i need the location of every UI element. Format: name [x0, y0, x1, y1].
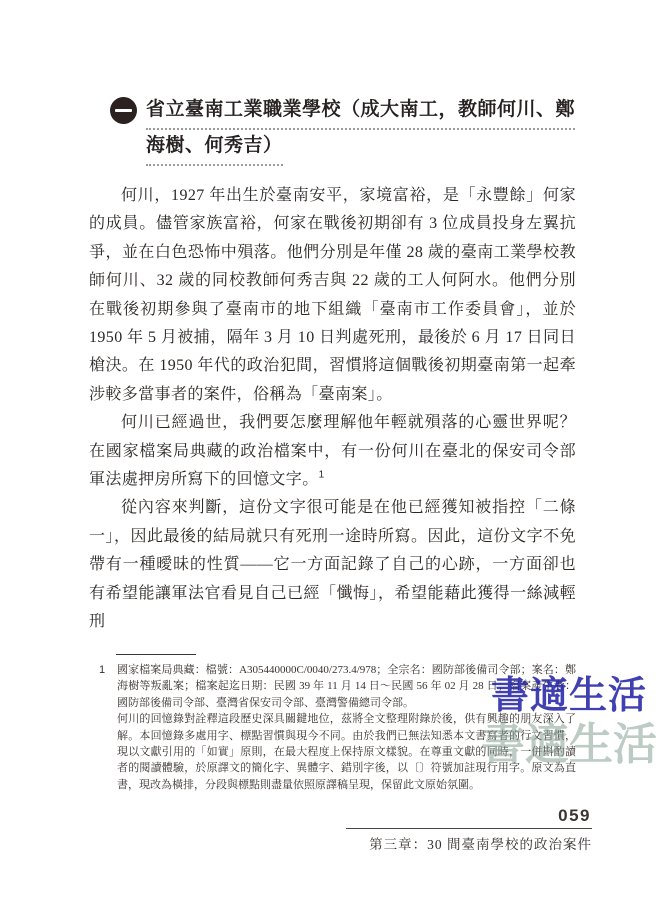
- footer-rule: [346, 828, 592, 829]
- footnote-text: 國家檔案局典藏：檔號：A305440000C/0040/273.4/978；全宗…: [117, 662, 576, 793]
- book-page: 一 省立臺南工業職業學校（成大南工，教師何川、鄭 海樹、何秀吉） 何川，1927…: [0, 0, 663, 897]
- paragraph-text: 從內容來判斷，這份文字很可能是在他已經獲知被指控「二條一」，因此最後的結局就只有…: [89, 499, 576, 630]
- footnote-reference: 1: [319, 470, 325, 481]
- paragraph-text: 何川已經過世，我們要怎麼理解他年輕就殞落的心靈世界呢？在國家檔案局典藏的政治檔案…: [89, 414, 576, 488]
- body-paragraph-1: 何川，1927 年出生於臺南安平，家境富裕，是「永豐餘」何家的成員。儘管家族富裕…: [89, 182, 576, 409]
- section-one-marker-icon: 一: [110, 97, 137, 124]
- footnote-item: 1 國家檔案局典藏：檔號：A305440000C/0040/273.4/978；…: [89, 662, 576, 793]
- footnote-separator-rule: [116, 654, 196, 655]
- body-paragraph-2: 何川已經過世，我們要怎麼理解他年輕就殞落的心靈世界呢？在國家檔案局典藏的政治檔案…: [89, 409, 576, 494]
- footnote-citation: 國家檔案局典藏：檔號：A305440000C/0040/273.4/978；全宗…: [117, 662, 576, 711]
- paragraph-text: 何川，1927 年出生於臺南安平，家境富裕，是「永豐餘」何家的成員。儘管家族富裕…: [89, 187, 576, 403]
- footnote-block: 1 國家檔案局典藏：檔號：A305440000C/0040/273.4/978；…: [89, 654, 576, 793]
- heading-line-1: 省立臺南工業職業學校（成大南工，教師何川、鄭: [146, 94, 575, 130]
- chapter-title: 第三章：30 間臺南學校的政治案件: [346, 833, 592, 853]
- body-paragraph-3: 從內容來判斷，這份文字很可能是在他已經獲知被指控「二條一」，因此最後的結局就只有…: [89, 494, 576, 636]
- heading-line-2: 海樹、何秀吉）: [146, 130, 283, 166]
- page-footer: 059 第三章：30 間臺南學校的政治案件: [346, 806, 592, 853]
- footnote-note: 何川的回憶錄對詮釋這段歷史深具關鍵地位，茲將全文整理附錄於後，供有興趣的朋友深入…: [117, 711, 576, 793]
- body-text: 何川，1927 年出生於臺南安平，家境富裕，是「永豐餘」何家的成員。儘管家族富裕…: [89, 182, 576, 637]
- section-heading: 一 省立臺南工業職業學校（成大南工，教師何川、鄭 海樹、何秀吉）: [110, 94, 580, 166]
- footnote-number: 1: [99, 662, 105, 678]
- page-number: 059: [346, 806, 592, 826]
- section-heading-text: 省立臺南工業職業學校（成大南工，教師何川、鄭 海樹、何秀吉）: [146, 94, 580, 166]
